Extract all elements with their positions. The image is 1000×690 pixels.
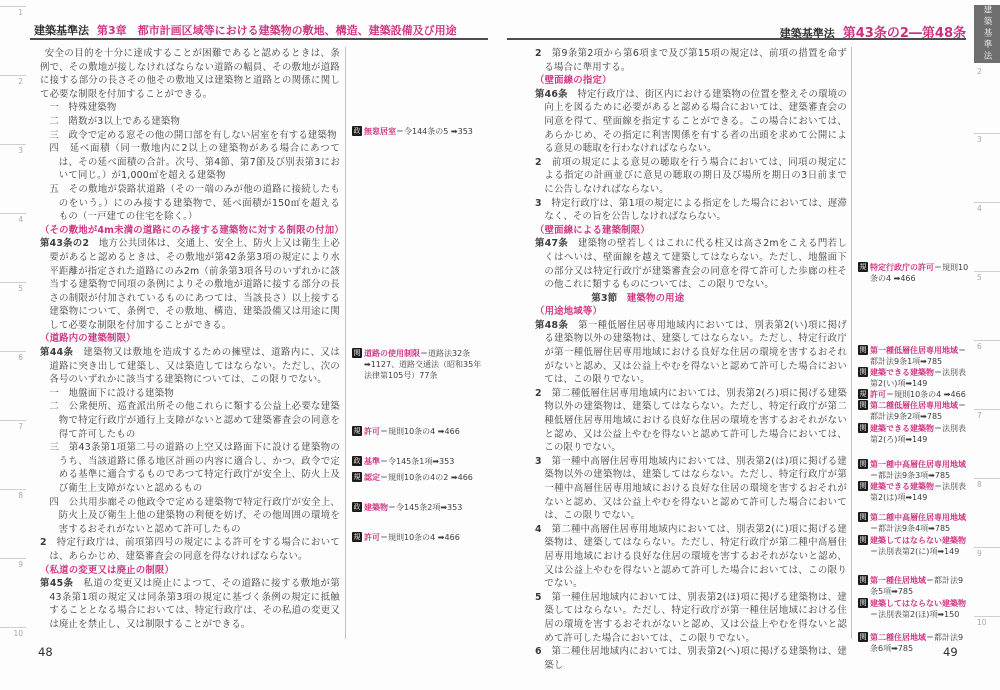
paragraph-text: 第9条第2項から第6項まで及び第15項の規定は、前項の措置を命ずる場合に準用する… [542,48,847,73]
tick-number: 3 [974,134,985,144]
paragraph: 三 第43条第1項第二号の道路の上空又は路面下に設ける建築物のうち、当該道路に係… [40,441,340,495]
tick-number: 4 [15,214,26,224]
paragraph-text: 特定行政庁は、街区内における建築物の位置を整えその環境の向上を図るために必要があ… [544,89,847,154]
note-badge-icon: 規 [352,472,362,482]
note-item: 関第一種住居地域＝都計法9条5項➡785 [858,575,970,597]
edge-tick: 3 [0,144,26,155]
note-badge-icon: 関 [858,423,868,433]
article-number: 2 [535,48,542,59]
tick-number: 8 [974,479,985,489]
paragraph: 2 特定行政庁は、前項第四号の規定による許可をする場合においては、あらかじめ、建… [40,536,340,563]
paragraph-text: （道路内の建築制限） [40,333,136,344]
article-number: 第47条 [535,238,568,249]
paragraph-text: 建築物又は敷地を造成するための擁壁は、道路内に、又は道路に突き出して建築し、又は… [49,347,340,385]
note-term: 建築できる建築物 [870,424,934,433]
article-number: 第46条 [535,89,568,100]
paragraph: 6 第二種住居地域内においては、別表第2(へ)項に掲げる建築物は、建築し [535,645,847,672]
edge-tick: 6 [0,351,26,362]
paragraph: 第46条 特定行政庁は、街区内における建築物の位置を整えその環境の向上を図るため… [535,88,847,156]
edge-tick: 2 [0,75,26,86]
note-badge-icon: 政 [352,126,362,136]
main-text-column: 2 第9条第2項から第6項まで及び第15項の規定は、前項の措置を命ずる場合に準用… [535,47,847,672]
article-number: 3 [535,198,542,209]
edge-tick: 8 [974,478,1000,489]
edge-tick: 5 [974,271,1000,282]
paragraph: 三 政令で定める窓その他の開口部を有しない居室を有する建築物 [40,129,340,143]
note-ref: ＝法別表第2(ほ)項➡150 [870,610,959,619]
note-term: 第二種低層住居専用地域 [870,401,958,410]
paragraph: （その敷地が4m未満の道路にのみ接する建築物に対する制限の付加） [40,224,340,238]
note-term: 建築物 [364,503,388,512]
paragraph-text: （その敷地が4m未満の道路にのみ接する建築物に対する制限の付加） [40,225,344,236]
paragraph-text: （私道の変更又は廃止の制限） [40,565,174,576]
paragraph-text: 一 地盤面下に設ける建築物 [49,388,173,399]
note-term: 認定 [364,473,380,482]
note-item: 関建築できる建築物＝法別表第2(ろ)項➡149 [858,423,970,445]
tick-number: 1 [15,7,26,17]
article-number: 第3節 [591,293,617,304]
note-badge-icon: 関 [858,345,868,355]
paragraph-text: （壁面線の指定） [535,75,612,86]
note-item: 関第一種中高層住居専用地域＝都計法9条3項➡785 [858,459,970,481]
note-item: 関第二種中高層住居専用地域＝都計法9条4項➡785 [858,512,970,534]
article-number: 6 [535,646,542,657]
paragraph: （道路内の建築制限） [40,332,340,346]
paragraph-text: 第一種住居地域内においては、別表第2(ほ)項に掲げる建築物は、建築してはならない… [542,592,847,644]
note-ref: ＝令144条の5 ➡353 [396,127,473,136]
note-item: 関建築してはならない建築物＝法別表第2(ほ)項➡150 [858,598,970,620]
note-item: 規許可＝規則10条の4 ➡466 [352,426,482,437]
paragraph-text: 建築物の用途 [617,293,684,304]
paragraph: （用途地域等） [535,305,847,319]
paragraph-text: 第一種中高層住居専用地域内においては、別表第2(は)項に掲げる建築物以外の建築物… [542,456,847,521]
edge-tick: 5 [0,282,26,293]
note-badge-icon: 規 [858,389,868,399]
article-number: 第48条 [535,320,568,331]
paragraph: 一 地盤面下に設ける建築物 [40,387,340,401]
note-badge-icon: 関 [858,535,868,545]
note-badge-icon: 政 [352,456,362,466]
column-divider [345,47,346,639]
paragraph: 第48条 第一種低層住居専用地域内においては、別表第2(い)項に掲げる建築物以外… [535,319,847,387]
note-term: 第一種低層住居専用地域 [870,346,958,355]
thumb-tab-label: 建築基準法 [981,5,993,63]
paragraph: 5 第一種住居地域内においては、別表第2(ほ)項に掲げる建築物は、建築してはなら… [535,591,847,645]
edge-tick: 10 [0,627,26,638]
thumb-tab: 建築基準法 [974,5,1000,63]
page-number: 49 [943,645,958,659]
paragraph: 第43条の2 地方公共団体は、交通上、安全上、防火上又は衛生上必要があると認める… [40,237,340,332]
paragraph: 2 第二種低層住居専用地域内においては、別表第2(ろ)項に掲げる建築物以外の建築… [535,387,847,455]
article-number: 第45条 [40,578,74,589]
note-term: 道路の使用制限 [364,349,420,358]
paragraph: 第45条 私道の変更又は廃止によつて、その道路に接する敷地が第43条第1項の規定… [40,577,340,631]
paragraph: 安全の目的を十分に達成することが困難であると認めるときは、条例で、その敷地が接し… [40,47,340,101]
note-item: 関建築してはならない建築物＝法別表第2(に)項➡149 [858,535,970,557]
note-ref: ＝法別表第2(に)項➡149 [870,547,959,556]
paragraph: 3 第一種中高層住居専用地域内においては、別表第2(は)項に掲げる建築物以外の建… [535,455,847,523]
article-number: 5 [535,592,542,603]
note-badge-icon: 関 [858,575,868,585]
article-number: 4 [535,524,542,535]
note-item: 関建築できる建築物＝法別表第2(は)項➡149 [858,481,970,503]
note-badge-icon: 関 [352,348,362,358]
tick-number: 9 [974,548,985,558]
paragraph-text: 四 公共用歩廊その他政令で定める建築物で特定行政庁が安全上、防火上及び衛生上他の… [49,497,340,535]
paragraph: 五 その敷地が袋路状道路（その一端のみが他の道路に接続したものをいう。）にのみ接… [40,183,340,224]
note-badge-icon: 関 [858,400,868,410]
edge-tick: 9 [974,547,1000,558]
note-term: 建築してはならない建築物 [870,599,966,608]
note-term: 許可 [870,390,886,399]
note-badge-icon: 関 [858,367,868,377]
tick-number: 3 [15,145,26,155]
note-ref: ＝規則10条の4 ➡466 [380,427,460,436]
note-term: 建築できる建築物 [870,368,934,377]
tick-number: 5 [15,283,26,293]
paragraph-text: 四 延べ面積（同一敷地内に2以上の建築物がある場合にあつては、その延べ面積の合計… [49,143,340,181]
main-text-column: 安全の目的を十分に達成することが困難であると認めるときは、条例で、その敷地が接し… [40,47,340,632]
paragraph: 四 延べ面積（同一敷地内に2以上の建築物がある場合にあつては、その延べ面積の合計… [40,142,340,183]
note-badge-icon: 関 [858,598,868,608]
edge-tick: 10 [974,616,1000,627]
tick-number: 4 [974,203,985,213]
tick-number: 7 [974,410,985,420]
paragraph-text: （壁面線による建築制限） [535,225,650,236]
note-item: 関第一種低層住居専用地域＝都計法9条1項➡785 [858,345,970,367]
tick-number: 9 [15,559,26,569]
paragraph-text: 二 公衆便所、巡査派出所その他これらに類する公益上必要な建築物で特定行政庁が通行… [49,401,340,439]
paragraph-text: 特定行政庁は、前項第四号の規定による許可をする場合においては、あらかじめ、建築審… [47,537,340,562]
note-ref: ＝都計法9条3項➡785 [870,471,950,480]
note-ref: ＝都計法9条4項➡785 [870,524,950,533]
tick-number: 2 [15,76,26,86]
note-ref: ＝規則10条の4 ➡466 [380,533,460,542]
tick-number: 5 [974,272,985,282]
note-term: 無窓居室 [364,127,396,136]
edge-tick: 2 [974,66,1000,76]
note-badge-icon: 関 [858,632,868,642]
paragraph-text: 特定行政庁は、第1項の規定による指定をした場合においては、遅滞なく、その旨を公告… [542,198,847,223]
paragraph: 二 階数が3以上である建築物 [40,115,340,129]
article-number: 第44条 [40,347,74,358]
edge-tick: 3 [974,133,1000,144]
paragraph-text: 第二種中高層住居専用地域内においては、別表第2(に)項に掲げる建築物は、建築して… [542,524,847,589]
paragraph: 第44条 建築物又は敷地を造成するための擁壁は、道路内に、又は道路に突き出して建… [40,346,340,387]
note-term: 許可 [364,427,380,436]
note-term: 第二種中高層住居専用地域 [870,513,966,522]
page-number: 48 [38,645,53,659]
note-badge-icon: 政 [352,502,362,512]
edge-tick: 7 [0,420,26,431]
paragraph: 2 第9条第2項から第6項まで及び第15項の規定は、前項の措置を命ずる場合に準用… [535,47,847,74]
right-page: 建築基準法第43条の2―第48条 2 第9条第2項から第6項まで及び第15項の規… [505,0,968,690]
paragraph-text: 第二種低層住居専用地域内においては、別表第2(ろ)項に掲げる建築物以外の建築物は… [542,388,847,453]
paragraph: （壁面線による建築制限） [535,224,847,238]
article-number: 2 [40,537,47,548]
column-divider [851,47,852,639]
paragraph: （壁面線の指定） [535,74,847,88]
tick-number: 7 [15,421,26,431]
note-term: 建築できる建築物 [870,482,934,491]
note-item: 規認定＝規則10条の4の2 ➡466 [352,472,482,483]
note-term: 特定行政庁の許可 [870,263,934,272]
note-item: 政無窓居室＝令144条の5 ➡353 [352,126,482,137]
note-term: 第一種住居地域 [870,576,926,585]
note-item: 規特定行政庁の許可＝規則10条の4 ➡466 [858,262,970,284]
paragraph-text: 私道の変更又は廃止によつて、その道路に接する敷地が第43条第1項の規定又は同条第… [49,578,340,630]
note-item: 関第二種低層住居専用地域＝都計法9条2項➡785 [858,400,970,422]
paragraph-text: 三 政令で定める窓その他の開口部を有しない居室を有する建築物 [49,130,336,141]
paragraph-text: 第二種住居地域内においては、別表第2(へ)項に掲げる建築物は、建築し [542,646,847,671]
edge-tick: 7 [974,409,1000,420]
note-ref: ＝令145条1項➡353 [380,457,454,466]
paragraph-text: 三 第43条第1項第二号の道路の上空又は路面下に設ける建築物のうち、当該道路に係… [49,442,340,494]
note-item: 政建築物＝令145条2項➡353 [352,502,482,513]
paragraph-text: 建築物の壁若しくはこれに代る柱又は高さ2mをこえる門若しくはへいは、壁面線を越え… [544,238,847,290]
paragraph: 4 第二種中高層住居専用地域内においては、別表第2(に)項に掲げる建築物は、建築… [535,523,847,591]
note-ref: ＝規則10条の4の2 ➡466 [380,473,473,482]
note-badge-icon: 関 [858,459,868,469]
note-badge-icon: 規 [352,426,362,436]
article-number: 3 [535,456,542,467]
paragraph-text: 安全の目的を十分に達成することが困難であると認めるときは、条例で、その敷地が接し… [40,48,340,100]
note-badge-icon: 規 [858,262,868,272]
paragraph-text: 前項の規定による意見の聴取を行う場合においては、同項の規定による指定の計画並びに… [542,157,847,195]
paragraph-text: 五 その敷地が袋路状道路（その一端のみが他の道路に接続したものをいう。）にのみ接… [49,184,340,222]
note-term: 許可 [364,533,380,542]
note-item: 関道路の使用制限＝道路法32条➡1127、道路交通法（昭和35年法律第105号）… [352,348,482,381]
edge-tick: 4 [0,213,26,224]
note-badge-icon: 関 [858,512,868,522]
article-number: 第43条の2 [40,238,89,249]
paragraph-text: （用途地域等） [535,306,602,317]
tick-number: 2 [974,66,985,76]
tick-number: 10 [974,617,990,627]
article-number: 2 [535,157,542,168]
left-page: 建築基準法第3章 都市計画区域等における建築物の敷地、構造、建築設備及び用途 安… [28,0,490,690]
paragraph: 二 公衆便所、巡査派出所その他これらに類する公益上必要な建築物で特定行政庁が通行… [40,400,340,441]
note-item: 政基準＝令145条1項➡353 [352,456,482,467]
note-ref: ＝規則10条の4 ➡466 [886,390,966,399]
edge-tick: 1 [0,6,26,17]
note-item: 規許可＝規則10条の4 ➡466 [858,389,970,400]
edge-tick: 4 [974,202,1000,213]
note-item: 規許可＝規則10条の4 ➡466 [352,532,482,543]
paragraph-text: 地方公共団体は、交通上、安全上、防火上又は衛生上必要があると認めるときは、その敷… [49,238,340,331]
paragraph-text: 一 特殊建築物 [49,102,116,113]
tick-number: 6 [974,341,985,351]
paragraph: 第47条 建築物の壁若しくはこれに代る柱又は高さ2mをこえる門若しくはへいは、壁… [535,237,847,291]
paragraph: 3 特定行政庁は、第1項の規定による指定をした場合においては、遅滞なく、その旨を… [535,197,847,224]
tick-number: 10 [10,628,26,638]
paragraph: 第3節 建築物の用途 [535,292,847,306]
edge-tick: 9 [0,558,26,569]
edge-tick: 6 [974,340,1000,351]
note-ref: ＝令145条2項➡353 [388,503,462,512]
tick-number: 8 [15,490,26,500]
paragraph: 四 公共用歩廊その他政令で定める建築物で特定行政庁が安全上、防火上及び衛生上他の… [40,496,340,537]
note-term: 第一種中高層住居専用地域 [870,460,966,469]
note-term: 建築してはならない建築物 [870,536,966,545]
paragraph-text: 二 階数が3以上である建築物 [49,116,180,127]
notes-column: 規特定行政庁の許可＝規則10条の4 ➡466 関第一種低層住居専用地域＝都計法9… [858,0,970,690]
paragraph: （私道の変更又は廃止の制限） [40,564,340,578]
note-badge-icon: 関 [858,481,868,491]
paragraph-text: 第一種低層住居専用地域内においては、別表第2(い)項に掲げる建築物以外の建築物は… [544,320,847,385]
notes-column: 政無窓居室＝令144条の5 ➡353 関道路の使用制限＝道路法32条➡1127、… [352,0,482,690]
article-number: 2 [535,388,542,399]
note-term: 基準 [364,457,380,466]
note-item: 関建築できる建築物＝法別表第2(い)項➡149 [858,367,970,389]
paragraph: 2 前項の規定による意見の聴取を行う場合においては、同項の規定による指定の計画並… [535,156,847,197]
law-title: 建築基準法 [34,24,89,37]
edge-tick: 8 [0,489,26,500]
paragraph: 一 特殊建築物 [40,101,340,115]
note-term: 第二種住居地域 [870,633,926,642]
note-badge-icon: 規 [352,532,362,542]
tick-number: 6 [15,352,26,362]
